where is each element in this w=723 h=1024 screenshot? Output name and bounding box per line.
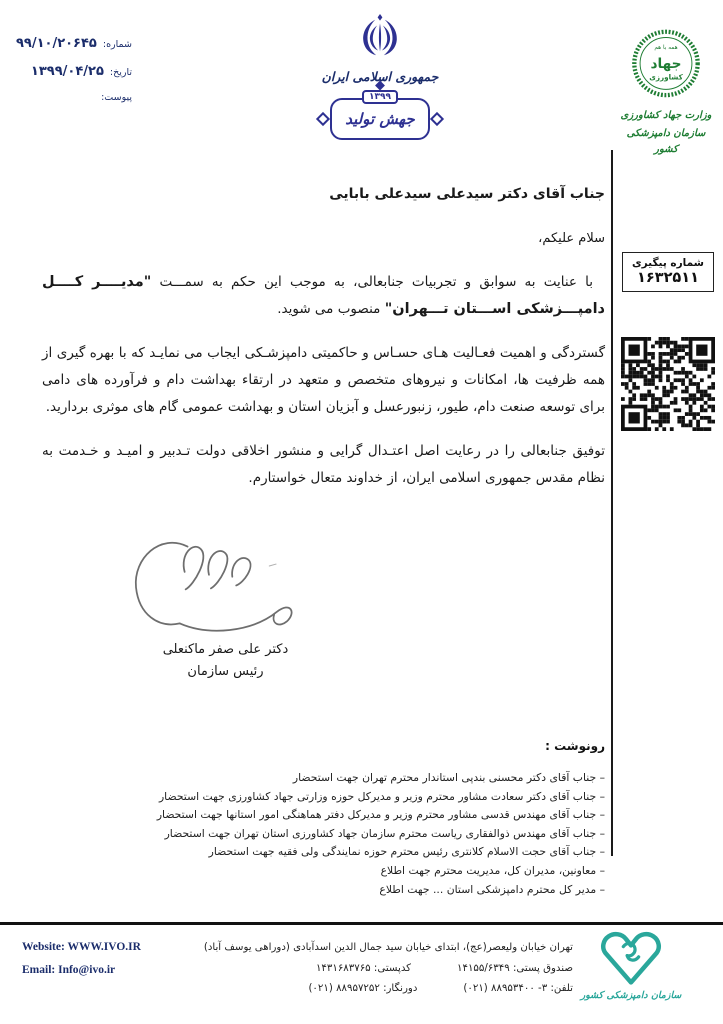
footer-contact-en: Website: WWW.IVO.IR Email: Info@ivo.ir bbox=[22, 941, 141, 987]
cc-item: – معاونین، مدیران کل، مدیریت محترم جهت ا… bbox=[125, 862, 605, 881]
letter-date-row: تاریخ: ۱۳۹۹/۰۴/۲۵ bbox=[10, 64, 132, 79]
handwritten-signature-icon bbox=[123, 531, 328, 638]
official-letter-page: شماره: ۹۹/۱۰/۲۰۶۴۵ تاریخ: ۱۳۹۹/۰۴/۲۵ پیو… bbox=[0, 0, 723, 1024]
ministry-name: وزارت جهاد کشاورزی bbox=[618, 108, 714, 124]
jihad-keshavarzi-logo-icon: همه با هم جهاد کشاورزی bbox=[630, 26, 702, 98]
footer-address: تهران خیابان ولیعصر(عج)، ابتدای خیابان س… bbox=[228, 938, 573, 959]
letter-body: جناب آقای دکتر سیدعلی سیدعلی بابایی سلام… bbox=[42, 186, 605, 509]
footer-postal-row: صندوق پستی: ۱۴۱۵۵/۶۳۴۹ کدپستی: ۱۴۳۱۶۸۳۷۶… bbox=[228, 959, 573, 980]
signer-name: دکتر علی صفر ماکنعلی bbox=[118, 642, 333, 657]
tracking-number-label: شماره پیگیری bbox=[623, 257, 713, 269]
jihad-logo-motto: همه با هم bbox=[654, 45, 677, 51]
iran-emblem-icon bbox=[356, 12, 404, 62]
letter-meta-block: شماره: ۹۹/۱۰/۲۰۶۴۵ تاریخ: ۱۳۹۹/۰۴/۲۵ پیو… bbox=[10, 36, 132, 116]
letter-date-value: ۱۳۹۹/۰۴/۲۵ bbox=[31, 64, 104, 79]
letter-number-value: ۹۹/۱۰/۲۰۶۴۵ bbox=[16, 36, 97, 51]
margin-divider bbox=[611, 150, 613, 856]
national-header-block: جمهوری اسلامی ایران ۱۳۹۹ جهش تولید bbox=[296, 12, 464, 140]
cc-item: – مدیر کل محترم دامپزشکی استان ... جهت ا… bbox=[125, 881, 605, 900]
jihad-logo-subtitle: کشاورزی bbox=[649, 72, 683, 81]
badge-diamond-right-icon bbox=[430, 112, 444, 126]
cc-item: – جناب آقای حجت الاسلام کلانتری رئیس محت… bbox=[125, 843, 605, 862]
slogan-text: جهش تولید bbox=[332, 100, 428, 138]
organization-name: سازمان دامپزشکی کشور bbox=[618, 126, 714, 158]
cc-item: – جناب آقای مهندس قدسی مشاور محترم وزیر … bbox=[125, 806, 605, 825]
footer-org-logo-block: سازمان دامپزشکی کشور bbox=[576, 930, 686, 1001]
tracking-number-value: ۱۶۳۲۵۱۱ bbox=[623, 270, 713, 286]
footer-po-box: صندوق پستی: ۱۴۱۵۵/۶۳۴۹ bbox=[457, 959, 573, 980]
footer-org-logo-caption: سازمان دامپزشکی کشور bbox=[576, 990, 686, 1001]
qr-code bbox=[621, 337, 715, 431]
letter-number-row: شماره: ۹۹/۱۰/۲۰۶۴۵ bbox=[10, 36, 132, 51]
year-slogan-badge: ۱۳۹۹ جهش تولید bbox=[330, 98, 430, 140]
letter-attachment-label: پیوست: bbox=[101, 92, 132, 103]
cc-label: رونوشت : bbox=[125, 739, 605, 753]
appointment-text-post: منصوب می شوید. bbox=[277, 301, 384, 317]
salutation: سلام علیکم، bbox=[42, 231, 605, 246]
letter-number-label: شماره: bbox=[103, 39, 132, 50]
recipient-name: جناب آقای دکتر سیدعلی سیدعلی بابایی bbox=[42, 186, 605, 202]
footer-phone: تلفن: ۳- ۸۸۹۵۳۴۰۰ (۰۲۱) bbox=[463, 979, 573, 1000]
footer-contact-fa: تهران خیابان ولیعصر(عج)، ابتدای خیابان س… bbox=[228, 938, 573, 1000]
footer-fax: دورنگار: ۸۸۹۵۷۲۵۲ (۰۲۱) bbox=[308, 979, 417, 1000]
cc-item: – جناب آقای مهندس ذوالفقاری ریاست محترم … bbox=[125, 825, 605, 844]
qr-code-svg bbox=[621, 337, 715, 431]
badge-diamond-left-icon bbox=[316, 112, 330, 126]
letter-attachment-row: پیوست: bbox=[10, 92, 132, 103]
cc-block: رونوشت : – جناب آقای دکتر محسنی بندپی اس… bbox=[125, 739, 605, 899]
slogan-year: ۱۳۹۹ bbox=[362, 90, 398, 104]
letter-date-label: تاریخ: bbox=[110, 67, 132, 78]
mission-paragraph: گستردگی و اهمیت فعـالیت هـای حسـاس و حاک… bbox=[42, 340, 605, 421]
cc-item: – جناب آقای دکتر محسنی بندپی استاندار مح… bbox=[125, 769, 605, 788]
footer-website: Website: WWW.IVO.IR bbox=[22, 941, 141, 953]
footer-postal-code: کدپستی: ۱۴۳۱۶۸۳۷۶۵ bbox=[316, 959, 411, 980]
ministry-header-block: همه با هم جهاد کشاورزی وزارت جهاد کشاورز… bbox=[618, 26, 714, 158]
appointment-text-pre: با عنایت به سوابق و تجربیات جنابعالی، به… bbox=[151, 274, 593, 290]
footer-email: Email: Info@ivo.ir bbox=[22, 964, 141, 976]
jihad-logo-title: جهاد bbox=[650, 56, 681, 72]
appointment-paragraph: با عنایت به سوابق و تجربیات جنابعالی، به… bbox=[42, 269, 605, 323]
signer-title: رئیس سازمان bbox=[118, 664, 333, 679]
closing-paragraph: توفیق جنابعالی را در رعایت اصل اعتـدال گ… bbox=[42, 438, 605, 492]
ivo-logo-icon bbox=[599, 930, 663, 985]
tracking-number-box: شماره پیگیری ۱۶۳۲۵۱۱ bbox=[622, 252, 714, 292]
footer-divider bbox=[0, 922, 723, 925]
footer-phone-row: تلفن: ۳- ۸۸۹۵۳۴۰۰ (۰۲۱) دورنگار: ۸۸۹۵۷۲۵… bbox=[228, 979, 573, 1000]
cc-item: – جناب آقای دکتر سعادت مشاور محترم وزیر … bbox=[125, 788, 605, 807]
signature-block: دکتر علی صفر ماکنعلی رئیس سازمان bbox=[118, 531, 333, 679]
